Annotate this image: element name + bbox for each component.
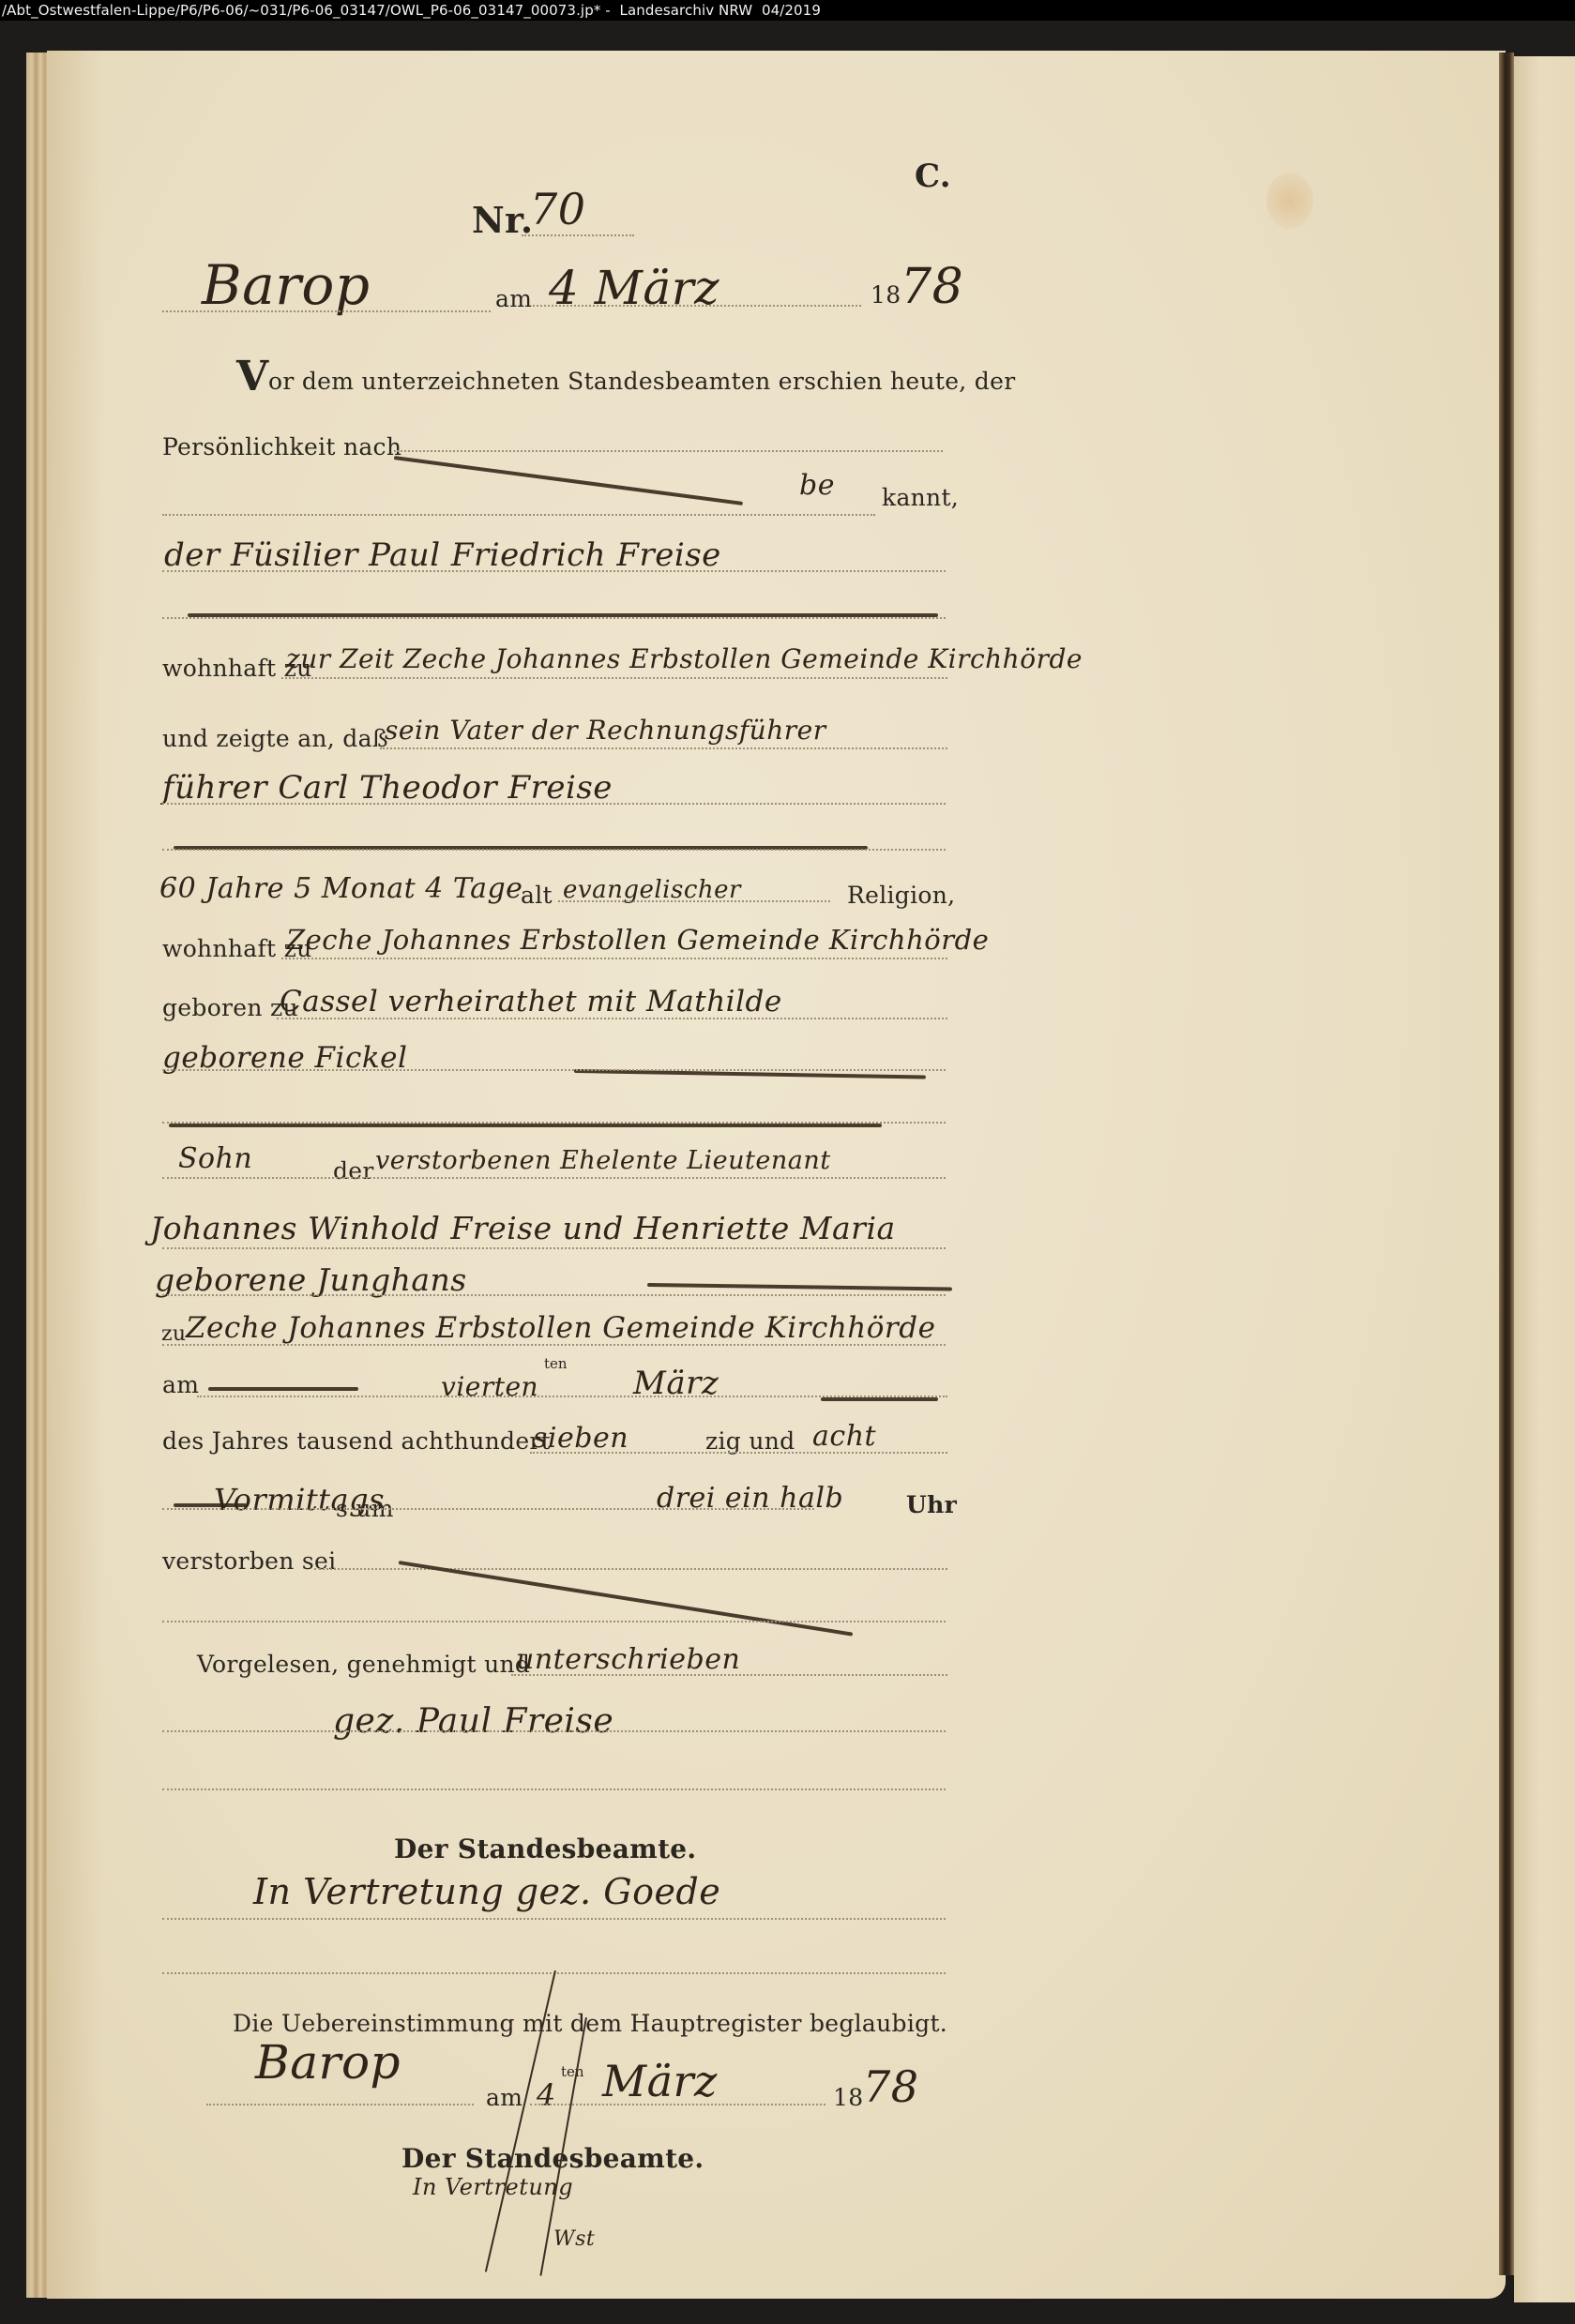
residence2-line [281,958,947,959]
cert-date-prefix: am [486,2084,522,2111]
parents-line-3 [162,1294,946,1296]
year-decade-field: sieben [533,1422,628,1455]
number-line [522,234,634,236]
read-line [511,1674,947,1676]
death-month-field: März [633,1365,719,1402]
cert-place-field: Barop [255,2035,401,2090]
next-page-edge [1514,56,1575,2302]
registrar-initials: Wst [553,2227,595,2251]
read-label: Vorgelesen, genehmigt und [197,1651,530,1678]
year-prefix: 18 [871,281,901,309]
died-label: verstorben sei [162,1547,336,1575]
residence-line [281,677,947,679]
cert-year-field: 78 [863,2061,919,2112]
place-line [162,310,491,312]
died-line-2 [162,1621,946,1622]
deceased-name-field: führer Carl Theodor Freise [162,769,613,807]
death-day-suffix: ten [544,1355,568,1372]
cert-date-line [530,2104,825,2105]
cert-place-line [206,2104,474,2105]
parents-label: der [333,1157,374,1185]
parents-line [162,1177,946,1179]
parents-line-2 [162,1247,946,1249]
intro-initial: V [236,353,268,400]
death-place-line [162,1344,946,1346]
time-line [162,1508,814,1510]
date-field: 4 März [549,261,719,315]
death-date-stroke-right [821,1397,938,1401]
date-prefix: am [495,285,532,312]
section-line [162,1122,946,1124]
age-label: alt [521,882,553,909]
born-line-2 [162,1069,946,1071]
personality-line [394,450,943,452]
declarant-line [162,570,946,572]
declarant-signature: gez. Paul Freise [333,1702,613,1741]
year-unit-field: acht [812,1420,876,1453]
religion-line [558,900,830,902]
cert-year-prefix: 18 [833,2084,863,2111]
signature-line [162,1730,946,1732]
registrar-heading-2: Der Standesbeamte. [401,2143,704,2174]
parents-field-2: Johannes Winhold Freise und Henriette Ma… [150,1210,896,1246]
place-field: Barop [202,253,370,317]
born-line [277,1018,947,1019]
paper-stain [1266,173,1313,229]
registrar-signature: In Vertretung gez. Goede [253,1871,720,1912]
personality-label: Persönlichkeit nach [162,433,401,460]
record-number: 70 [530,184,586,234]
form-letter: C. [915,158,951,195]
signature-line-2 [162,1788,946,1790]
registrar-line [162,1918,946,1920]
age-field: 60 Jahre 5 Monat 4 Tage [159,872,522,905]
window-title-bar: /Abt_Ostwestfalen-Lippe/P6/P6-06/~031/P6… [0,0,1575,21]
religion-label: Religion, [847,882,955,909]
parents-field-3: geborene Junghans [155,1261,467,1298]
year-field: 78 [901,259,963,315]
parents-son-field: Sohn [178,1142,252,1175]
registrar-signature-2: In Vertretung [413,2174,573,2200]
signed-field: unterschrieben [516,1643,740,1676]
registrar-heading: Der Standesbeamte. [394,1834,696,1864]
residence-field: zur Zeit Zeche Johannes Erbstollen Gemei… [286,643,1083,674]
cert-day-suffix: ten [561,2063,584,2080]
death-place-field: Zeche Johannes Erbstollen Gemeinde Kirch… [186,1311,935,1345]
intro-text: or dem unterzeichneten Standesbeamten er… [268,368,1015,395]
date-line [533,305,861,307]
year-text-line [530,1452,947,1454]
declarant-field: der Füsilier Paul Friedrich Freise [164,536,721,574]
residence2-field: Zeche Johannes Erbstollen Gemeinde Kirch… [286,924,989,956]
declared-label: und zeigte an, daß [162,725,388,752]
certification-text: Die Uebereinstimmung mit dem Hauptregist… [233,2010,947,2037]
death-day-field: vierten [441,1371,538,1402]
deceased-name-line [162,803,946,805]
time-label: Uhr [906,1491,957,1518]
cert-day-field: 4 [537,2077,556,2113]
known-line [162,514,875,516]
deceased-name-line-2 [162,849,946,851]
section-fill-stroke [169,1124,882,1127]
known-label: kannt, [882,484,959,511]
declared-field: sein Vater der Rechnungsführer [385,715,826,746]
parents-field: verstorbenen Ehelente Lieutenant [375,1146,831,1175]
book-gutter [1499,53,1514,2275]
year-text-mid: zig und [705,1427,795,1455]
died-line [314,1568,947,1570]
year-text-label: des Jahres tausend achthundert [162,1427,551,1455]
death-date-label: am [162,1371,199,1398]
cert-month-field: März [602,2056,718,2106]
born-field: Cassel verheirathet mit Mathilde [280,985,782,1019]
known-field: be [799,469,835,502]
death-date-stroke-left [208,1387,358,1391]
declarant-line-2 [162,617,946,619]
declared-line [380,747,947,749]
death-place-prefix: zu [161,1322,186,1346]
